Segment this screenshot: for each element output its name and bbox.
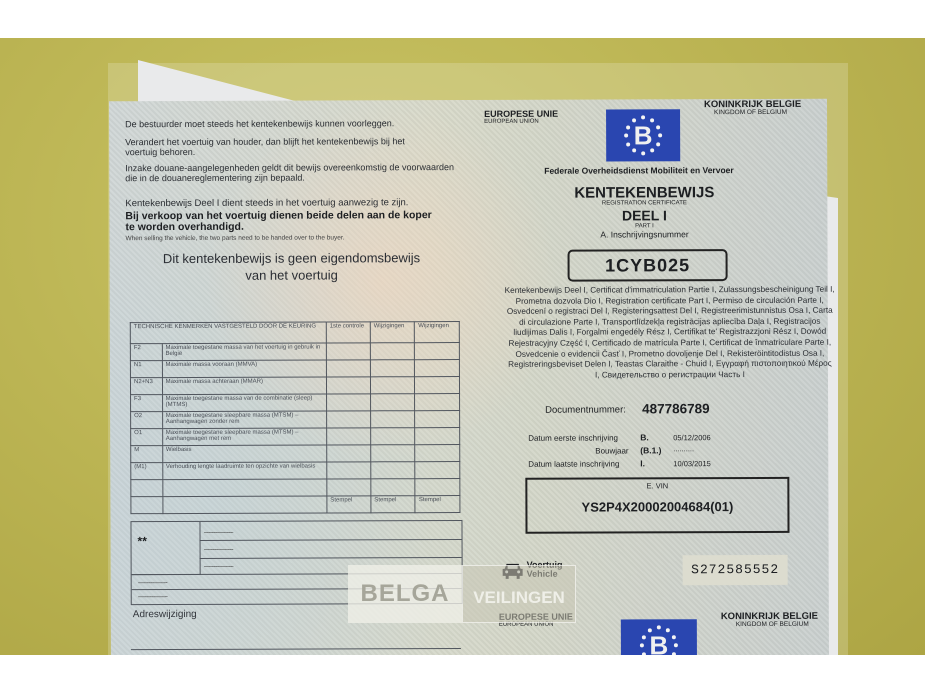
ownership-disclaimer-line2: van het voertuig [132, 267, 452, 283]
notice-owner-change: Verandert het voertuig van houder, dan b… [125, 136, 430, 157]
row-code: (M1) [131, 463, 163, 480]
stars-cell: ** [131, 522, 200, 575]
last-registration-date: 10/03/2015 [673, 459, 711, 468]
authority-name: Federale Overheidsdienst Mobiliteit en V… [544, 165, 733, 176]
dotted-field: ............................... [204, 562, 233, 569]
serial-number: S272585552 [683, 555, 788, 585]
table-row: M Wielbasis [131, 445, 460, 463]
last-registration-code: I. [640, 458, 645, 468]
first-registration-code: B. [640, 432, 649, 442]
ownership-disclaimer-line1: Dit kentekenbewijs is geen eigendomsbewi… [132, 250, 452, 266]
row-code: O2 [131, 412, 163, 429]
address-change-label: Adreswijziging [133, 609, 197, 620]
country-letter: B [639, 625, 679, 655]
registration-number-label: A. Inschrijvingsnummer [509, 229, 779, 240]
table-row: F3 Maximale toegestane massa van de comb… [131, 394, 460, 412]
stamp-row: Stempel Stempel Stempel [131, 496, 460, 514]
dotted-field: ............................... [204, 545, 233, 552]
certificate-part: DEEL I [509, 207, 779, 224]
row-label: Maximale massa achteraan (MMAR) [162, 377, 326, 395]
row-label: Maximale toegestane sleepbare massa (MTS… [162, 428, 326, 446]
stamp-label: Stempel [371, 496, 416, 513]
dotted-field: ............................... [138, 578, 167, 585]
row-label: Maximale toegestane sleepbare massa (MTS… [162, 411, 326, 429]
bottom-eu-flag-icon: B [621, 619, 697, 655]
photo: [9] AV Station De bestuurder moet steeds… [0, 38, 925, 655]
build-year-code: (B.1.) [640, 445, 661, 455]
stars-label: ** [138, 534, 147, 548]
row-code: F3 [131, 395, 163, 412]
dotted-field: ............................... [138, 592, 167, 599]
table-row: O2 Maximale toegestane sleepbare massa (… [131, 411, 460, 429]
notice-customs: Inzake douane-aangelegenheden geldt dit … [125, 162, 455, 183]
row-label: Maximale massa vooraan (MMVA) [162, 360, 326, 378]
row-label: Maximale toegestane massa van het voertu… [162, 343, 326, 361]
eu-label-en: EUROPEAN UNION [484, 119, 539, 125]
row-code: M [131, 446, 163, 463]
build-year-label: Bouwjaar [595, 446, 628, 455]
certificate-title-en: REGISTRATION CERTIFICATE [509, 200, 779, 207]
table-header: TECHNISCHE KENMERKEN VASTGESTELD DOOR DE… [130, 322, 326, 344]
watermark-right: VEILINGEN [462, 565, 576, 623]
eu-label: EUROPESE UNIE [484, 109, 558, 119]
table-row: N2+N3 Maximale massa achteraan (MMAR) [130, 377, 459, 395]
first-registration-label: Datum eerste inschrijving [528, 433, 618, 442]
notice-part1-in-vehicle: Kentekenbewijs Deel I dient steeds in he… [125, 197, 408, 209]
bottom-country-label-en: KINGDOM OF BELGIUM [736, 621, 809, 628]
eu-flag-icon: B [606, 109, 680, 161]
table-row [131, 479, 460, 497]
stamp-label: Stempel [327, 496, 371, 513]
country-letter: B [623, 115, 663, 155]
row-code: N1 [130, 361, 162, 378]
stamp-label: Stempel [415, 496, 460, 513]
registration-number: 1CYB025 [568, 249, 728, 282]
vin-box: E. VIN YS2P4X20002004684(01) [525, 477, 789, 534]
table-header-row: TECHNISCHE KENMERKEN VASTGESTELD DOOR DE… [130, 322, 459, 344]
table-row: O1 Maximale toegestane sleepbare massa (… [131, 428, 460, 446]
column-header: 1ste controle [326, 322, 370, 343]
first-registration-date: 05/12/2006 [673, 433, 711, 442]
row-code: N2+N3 [130, 378, 162, 395]
vin-label: E. VIN [527, 481, 787, 491]
build-year-value: .......... [673, 444, 694, 453]
technical-characteristics-table: TECHNISCHE KENMERKEN VASTGESTELD DOOR DE… [130, 321, 461, 514]
country-label-en: KINGDOM OF BELGIUM [714, 109, 787, 116]
notice-sale-en: When selling the vehicle, the two parts … [125, 234, 344, 242]
watermark-left: BELGA [348, 565, 462, 623]
table-row: F2 Maximale toegestane massa van het voe… [130, 343, 459, 361]
column-header: Wijzigingen [415, 322, 460, 343]
document-number: 487786789 [642, 401, 710, 416]
column-header: Wijzigingen [370, 322, 415, 343]
notice-present: De bestuurder moet steeds het kentekenbe… [125, 118, 394, 129]
row-label: Maximale toegestane massa van de combina… [162, 394, 326, 412]
eu-stars: B [623, 115, 663, 155]
row-code: F2 [130, 344, 162, 361]
dotted-field: ............................... [203, 528, 232, 535]
row-code: O1 [131, 429, 163, 446]
vin-value: YS2P4X20002004684(01) [527, 499, 787, 515]
row-label: Verhouding lengte laadruimte ten opzicht… [162, 462, 326, 480]
notice-sale: Bij verkoop van het voertuig dienen beid… [125, 210, 435, 233]
table-row: N1 Maximale massa vooraan (MMVA) [130, 360, 459, 378]
eu-stars: B [639, 625, 679, 655]
last-registration-label: Datum laatste inschrijving [528, 459, 619, 468]
row-label: Wielbasis [162, 445, 326, 463]
multilingual-title: Kentekenbewijs Deel I, Certificat d'imma… [505, 285, 835, 381]
watermark: BELGA VEILINGEN [348, 565, 576, 623]
document-number-label: Documentnummer: [545, 404, 626, 415]
table-row: (M1) Verhouding lengte laadruimte ten op… [131, 462, 460, 480]
